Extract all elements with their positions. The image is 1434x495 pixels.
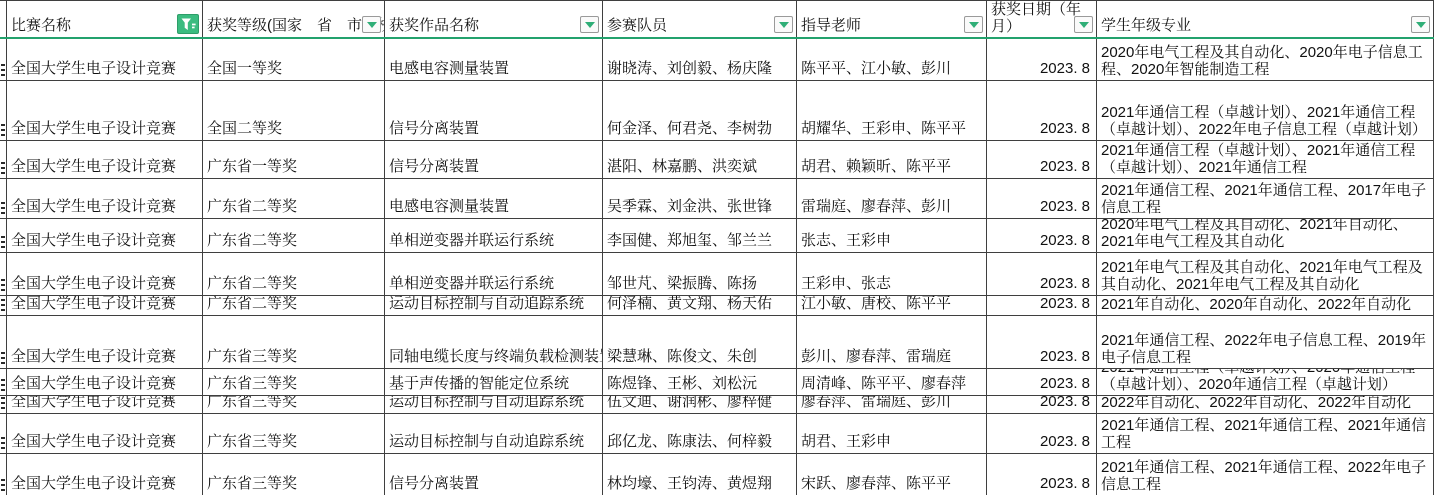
cell-competition[interactable]: 全国大学生电子设计竞赛 [7, 454, 203, 495]
cell-text: 全国二等奖 [207, 119, 282, 138]
cell-date[interactable]: 2023. 8 [987, 316, 1097, 369]
cell-date[interactable]: 2023. 8 [987, 81, 1097, 141]
column-header-majors[interactable]: 学生年级专业 [1097, 1, 1434, 37]
cell-text: 何金泽、何君尧、李树勃 [607, 119, 772, 138]
cell-text: 全国大学生电子设计竞赛 [11, 59, 176, 78]
table-row: 全国大学生电子设计竞赛 广东省二等奖 运动目标控制与自动追踪系统 何泽楠、黄文翔… [0, 296, 1434, 316]
cell-text: 电感电容测量装置 [389, 197, 509, 216]
clipped-cell [0, 316, 7, 369]
cell-advisors[interactable]: 雷瑞庭、廖春萍、彭川 [797, 179, 987, 219]
cell-award-level[interactable]: 广东省三等奖 [203, 454, 385, 495]
clipped-text-fragment [1, 279, 5, 292]
cell-text: 雷瑞庭、廖春萍、彭川 [801, 197, 951, 216]
cell-date[interactable]: 2023. 8 [987, 141, 1097, 179]
cell-text: 全国大学生电子设计竞赛 [11, 197, 176, 216]
cell-text: 2021年通信工程、2021年通信工程、2021年通信工程 [1101, 417, 1430, 451]
column-header-label: 指导老师 [801, 16, 861, 35]
cell-text: 全国大学生电子设计竞赛 [11, 274, 176, 293]
clipped-text-fragment [1, 479, 5, 492]
cell-date[interactable]: 2023. 8 [987, 396, 1097, 414]
cell-members[interactable]: 林均壕、王钧涛、黄煜翔 [603, 454, 797, 495]
cell-award-level[interactable]: 广东省二等奖 [203, 219, 385, 253]
cell-text: 广东省三等奖 [207, 432, 297, 451]
cell-majors[interactable]: 2021年通信工程、2022年电子信息工程、2019年电子信息工程 [1097, 316, 1434, 369]
cell-text: 全国大学生电子设计竞赛 [11, 157, 176, 176]
cell-work[interactable]: 信号分离装置 [385, 454, 603, 495]
cell-text: 2023. 8 [1040, 374, 1090, 393]
cell-text: 陈平平、江小敏、彭川 [801, 59, 951, 78]
cell-award-level[interactable]: 广东省三等奖 [203, 369, 385, 396]
cell-advisors[interactable]: 胡君、赖颖昕、陈平平 [797, 141, 987, 179]
clipped-text-fragment [1, 352, 5, 365]
awards-spreadsheet: 比赛名称 获奖等级(国家 省 市 校 获奖作品名称 参赛队员 [0, 0, 1434, 495]
cell-text: 2021年通信工程（卓越计划）、2020年通信工程（卓越计划）、2020年通信工… [1101, 369, 1430, 393]
cell-text: 王彩申、张志 [801, 274, 891, 293]
table-row: 全国大学生电子设计竞赛 广东省二等奖 电感电容测量装置 吴季霖、刘金洪、张世锋 … [0, 179, 1434, 219]
cell-text: 电感电容测量装置 [389, 59, 509, 78]
cell-award-level[interactable]: 全国二等奖 [203, 81, 385, 141]
clipped-text-fragment [1, 64, 5, 77]
cell-text: 广东省二等奖 [207, 197, 297, 216]
cell-advisors[interactable]: 胡耀华、王彩申、陈平平 [797, 81, 987, 141]
cell-text: 胡君、王彩申 [801, 432, 891, 451]
cell-date[interactable]: 2023. 8 [987, 296, 1097, 316]
clipped-column-header [0, 1, 7, 37]
cell-text: 江小敏、唐校、陈平平 [801, 296, 951, 313]
cell-text: 广东省二等奖 [207, 274, 297, 293]
cell-work[interactable]: 基于声传播的智能定位系统 [385, 369, 603, 396]
column-header-competition[interactable]: 比赛名称 [7, 1, 203, 37]
column-header-advisors[interactable]: 指导老师 [797, 1, 987, 37]
cell-text: 湛阳、林嘉鹏、洪奕斌 [607, 157, 757, 176]
clipped-cell [0, 39, 7, 81]
cell-members[interactable]: 何泽楠、黄文翔、杨天佑 [603, 296, 797, 316]
cell-text: 2023. 8 [1040, 274, 1090, 293]
cell-date[interactable]: 2023. 8 [987, 454, 1097, 495]
cell-text: 梁慧琳、陈俊文、朱创 [607, 347, 757, 366]
cell-competition[interactable]: 全国大学生电子设计竞赛 [7, 219, 203, 253]
cell-competition[interactable]: 全国大学生电子设计竞赛 [7, 253, 203, 296]
cell-text: 全国大学生电子设计竞赛 [11, 119, 176, 138]
cell-text: 运动目标控制与自动追踪系统 [389, 396, 584, 411]
cell-text: 伍文迪、谢润彬、廖梓健 [607, 396, 772, 411]
cell-text: 2020年电气工程及其自动化、2021年自动化、2021年电气工程及其自动化 [1101, 219, 1430, 250]
cell-text: 广东省二等奖 [207, 231, 297, 250]
cell-award-level[interactable]: 广东省三等奖 [203, 396, 385, 414]
clipped-text-fragment [1, 162, 5, 175]
column-header-label: 参赛队员 [607, 16, 667, 35]
cell-text: 单相逆变器并联运行系统 [389, 231, 554, 250]
clipped-cell [0, 414, 7, 454]
cell-text: 全国大学生电子设计竞赛 [11, 432, 176, 451]
cell-text: 谢晓涛、刘创毅、杨庆隆 [607, 59, 772, 78]
cell-text: 2021年通信工程、2022年电子信息工程、2019年电子信息工程 [1101, 332, 1430, 366]
cell-competition[interactable]: 全国大学生电子设计竞赛 [7, 396, 203, 414]
cell-text: 张志、王彩申 [801, 231, 891, 250]
cell-text: 广东省三等奖 [207, 396, 297, 411]
cell-members[interactable]: 邱亿龙、陈康法、何梓毅 [603, 414, 797, 454]
filter-dropdown-button[interactable] [964, 16, 983, 33]
clipped-cell [0, 219, 7, 253]
cell-members[interactable]: 谢晓涛、刘创毅、杨庆隆 [603, 39, 797, 81]
cell-text: 2020年电气工程及其自动化、2020年电子信息工程、2020年智能制造工程 [1101, 44, 1430, 78]
funnel-icon [181, 18, 196, 31]
cell-text: 林均壕、王钧涛、黄煜翔 [607, 474, 772, 493]
column-header-label: 获奖等级(国家 省 市 校 [207, 16, 385, 35]
cell-text: 何泽楠、黄文翔、杨天佑 [607, 296, 772, 313]
cell-text: 信号分离装置 [389, 119, 479, 138]
cell-award-level[interactable]: 广东省三等奖 [203, 414, 385, 454]
clipped-cell [0, 253, 7, 296]
clipped-text-fragment [1, 379, 5, 392]
cell-text: 2023. 8 [1040, 197, 1090, 216]
cell-work[interactable]: 运动目标控制与自动追踪系统 [385, 396, 603, 414]
table-row: 全国大学生电子设计竞赛 广东省三等奖 运动目标控制与自动追踪系统 邱亿龙、陈康法… [0, 414, 1434, 454]
cell-text: 全国一等奖 [207, 59, 282, 78]
cell-date[interactable]: 2023. 8 [987, 179, 1097, 219]
cell-work[interactable]: 运动目标控制与自动追踪系统 [385, 296, 603, 316]
cell-text: 单相逆变器并联运行系统 [389, 274, 554, 293]
clipped-cell [0, 179, 7, 219]
cell-majors[interactable]: 2022年自动化、2022年自动化、2022年自动化 [1097, 396, 1434, 414]
clipped-cell [0, 396, 7, 414]
cell-members[interactable]: 伍文迪、谢润彬、廖梓健 [603, 396, 797, 414]
cell-text: 广东省三等奖 [207, 474, 297, 493]
cell-text: 全国大学生电子设计竞赛 [11, 396, 176, 411]
cell-date[interactable]: 2023. 8 [987, 369, 1097, 396]
cell-date[interactable]: 2023. 8 [987, 414, 1097, 454]
cell-competition[interactable]: 全国大学生电子设计竞赛 [7, 39, 203, 81]
cell-work[interactable]: 单相逆变器并联运行系统 [385, 219, 603, 253]
cell-work[interactable]: 电感电容测量装置 [385, 179, 603, 219]
cell-text: 2023. 8 [1040, 119, 1090, 138]
table-row: 全国大学生电子设计竞赛 广东省三等奖 基于声传播的智能定位系统 陈煜锋、王彬、刘… [0, 369, 1434, 396]
cell-advisors[interactable]: 胡君、王彩申 [797, 414, 987, 454]
cell-text: 彭川、廖春萍、雷瑞庭 [801, 347, 951, 366]
header-row: 比赛名称 获奖等级(国家 省 市 校 获奖作品名称 参赛队员 [0, 1, 1434, 39]
cell-members[interactable]: 陈煜锋、王彬、刘松沅 [603, 369, 797, 396]
cell-text: 2023. 8 [1040, 396, 1090, 411]
cell-majors[interactable]: 2021年通信工程（卓越计划）、2021年通信工程（卓越计划）、2022年电子信… [1097, 81, 1434, 141]
cell-text: 宋跃、廖春萍、陈平平 [801, 474, 951, 493]
cell-members[interactable]: 梁慧琳、陈俊文、朱创 [603, 316, 797, 369]
cell-majors[interactable]: 2021年自动化、2020年自动化、2022年自动化 [1097, 296, 1434, 316]
cell-award-level[interactable]: 广东省二等奖 [203, 179, 385, 219]
cell-competition[interactable]: 全国大学生电子设计竞赛 [7, 316, 203, 369]
cell-text: 广东省三等奖 [207, 347, 297, 366]
cell-text: 全国大学生电子设计竞赛 [11, 347, 176, 366]
cell-majors[interactable]: 2020年电气工程及其自动化、2020年电子信息工程、2020年智能制造工程 [1097, 39, 1434, 81]
chevron-down-icon [585, 22, 595, 28]
filter-dropdown-button[interactable] [774, 16, 793, 33]
cell-text: 广东省一等奖 [207, 157, 297, 176]
cell-text: 2021年通信工程、2021年通信工程、2017年电子信息工程 [1101, 182, 1430, 216]
table-body: 全国大学生电子设计竞赛 全国一等奖 电感电容测量装置 谢晓涛、刘创毅、杨庆隆 陈… [0, 39, 1434, 495]
cell-text: 周清峰、陈平平、廖春萍 [801, 374, 966, 393]
cell-text: 基于声传播的智能定位系统 [389, 374, 569, 393]
cell-majors[interactable]: 2021年通信工程、2021年通信工程、2021年通信工程 [1097, 414, 1434, 454]
table-row: 全国大学生电子设计竞赛 全国二等奖 信号分离装置 何金泽、何君尧、李树勃 胡耀华… [0, 81, 1434, 141]
filter-dropdown-button[interactable] [580, 16, 599, 33]
table-row: 全国大学生电子设计竞赛 广东省一等奖 信号分离装置 湛阳、林嘉鹏、洪奕斌 胡君、… [0, 141, 1434, 179]
cell-text: 广东省二等奖 [207, 296, 297, 313]
cell-text: 吴季霖、刘金洪、张世锋 [607, 197, 772, 216]
chevron-down-icon [367, 22, 377, 28]
clipped-text-fragment [1, 397, 5, 410]
cell-members[interactable]: 吴季霖、刘金洪、张世锋 [603, 179, 797, 219]
cell-majors[interactable]: 2021年通信工程、2021年通信工程、2022年电子信息工程 [1097, 454, 1434, 495]
cell-text: 2021年电气工程及其自动化、2021年电气工程及其自动化、2021年电气工程及… [1101, 259, 1430, 293]
cell-advisors[interactable]: 江小敏、唐校、陈平平 [797, 296, 987, 316]
clipped-text-fragment [1, 202, 5, 215]
cell-work[interactable]: 信号分离装置 [385, 81, 603, 141]
cell-award-level[interactable]: 广东省二等奖 [203, 296, 385, 316]
cell-work[interactable]: 单相逆变器并联运行系统 [385, 253, 603, 296]
cell-text: 2021年自动化、2020年自动化、2022年自动化 [1101, 296, 1411, 313]
cell-text: 胡耀华、王彩申、陈平平 [801, 119, 966, 138]
cell-text: 2023. 8 [1040, 432, 1090, 451]
cell-award-level[interactable]: 广东省二等奖 [203, 253, 385, 296]
column-header-members[interactable]: 参赛队员 [603, 1, 797, 37]
clipped-cell [0, 81, 7, 141]
table-row: 全国大学生电子设计竞赛 广东省三等奖 运动目标控制与自动追踪系统 伍文迪、谢润彬… [0, 396, 1434, 414]
cell-text: 2023. 8 [1040, 157, 1090, 176]
cell-text: 2021年通信工程、2021年通信工程、2022年电子信息工程 [1101, 459, 1430, 493]
table-row: 全国大学生电子设计竞赛 广东省三等奖 信号分离装置 林均壕、王钧涛、黄煜翔 宋跃… [0, 454, 1434, 495]
cell-text: 运动目标控制与自动追踪系统 [389, 432, 584, 451]
cell-award-level[interactable]: 全国一等奖 [203, 39, 385, 81]
table-row: 全国大学生电子设计竞赛 广东省二等奖 单相逆变器并联运行系统 李国健、郑旭玺、邹… [0, 219, 1434, 253]
clipped-text-fragment [1, 299, 5, 312]
clipped-cell [0, 141, 7, 179]
cell-advisors[interactable]: 廖春萍、雷瑞庭、彭川 [797, 396, 987, 414]
cell-text: 邱亿龙、陈康法、何梓毅 [607, 432, 772, 451]
cell-competition[interactable]: 全国大学生电子设计竞赛 [7, 179, 203, 219]
cell-date[interactable]: 2023. 8 [987, 253, 1097, 296]
filter-dropdown-button[interactable] [362, 16, 381, 33]
cell-majors[interactable]: 2020年电气工程及其自动化、2021年自动化、2021年电气工程及其自动化 [1097, 219, 1434, 253]
cell-competition[interactable]: 全国大学生电子设计竞赛 [7, 296, 203, 316]
cell-award-level[interactable]: 广东省三等奖 [203, 316, 385, 369]
cell-members[interactable]: 何金泽、何君尧、李树勃 [603, 81, 797, 141]
table-row: 全国大学生电子设计竞赛 广东省二等奖 单相逆变器并联运行系统 邹世芃、梁振腾、陈… [0, 253, 1434, 296]
table-row: 全国大学生电子设计竞赛 全国一等奖 电感电容测量装置 谢晓涛、刘创毅、杨庆隆 陈… [0, 39, 1434, 81]
cell-text: 全国大学生电子设计竞赛 [11, 296, 176, 313]
cell-text: 邹世芃、梁振腾、陈扬 [607, 274, 757, 293]
filter-dropdown-button[interactable] [1074, 16, 1093, 33]
cell-advisors[interactable]: 周清峰、陈平平、廖春萍 [797, 369, 987, 396]
cell-text: 2022年自动化、2022年自动化、2022年自动化 [1101, 396, 1411, 411]
cell-majors[interactable]: 2021年电气工程及其自动化、2021年电气工程及其自动化、2021年电气工程及… [1097, 253, 1434, 296]
column-header-label: 比赛名称 [11, 16, 71, 35]
cell-work[interactable]: 电感电容测量装置 [385, 39, 603, 81]
cell-competition[interactable]: 全国大学生电子设计竞赛 [7, 81, 203, 141]
column-header-work[interactable]: 获奖作品名称 [385, 1, 603, 37]
cell-text: 2021年通信工程（卓越计划）、2021年通信工程（卓越计划）、2021年通信工… [1101, 142, 1430, 176]
cell-majors[interactable]: 2021年通信工程（卓越计划）、2020年通信工程（卓越计划）、2020年通信工… [1097, 369, 1434, 396]
cell-text: 2021年通信工程（卓越计划）、2021年通信工程（卓越计划）、2022年电子信… [1101, 104, 1430, 138]
cell-text: 全国大学生电子设计竞赛 [11, 231, 176, 250]
clipped-text-fragment [1, 437, 5, 450]
cell-competition[interactable]: 全国大学生电子设计竞赛 [7, 414, 203, 454]
cell-text: 同轴电缆长度与终端负载检测装置 [389, 347, 603, 366]
column-header-award-level[interactable]: 获奖等级(国家 省 市 校 [203, 1, 385, 37]
cell-date[interactable]: 2023. 8 [987, 39, 1097, 81]
cell-competition[interactable]: 全国大学生电子设计竞赛 [7, 369, 203, 396]
cell-text: 全国大学生电子设计竞赛 [11, 474, 176, 493]
cell-members[interactable]: 李国健、郑旭玺、邹兰兰 [603, 219, 797, 253]
cell-work[interactable]: 信号分离装置 [385, 141, 603, 179]
cell-text: 廖春萍、雷瑞庭、彭川 [801, 396, 951, 411]
cell-advisors[interactable]: 彭川、廖春萍、雷瑞庭 [797, 316, 987, 369]
cell-award-level[interactable]: 广东省一等奖 [203, 141, 385, 179]
cell-text: 2023. 8 [1040, 474, 1090, 493]
cell-text: 胡君、赖颖昕、陈平平 [801, 157, 951, 176]
clipped-cell [0, 454, 7, 495]
cell-text: 2023. 8 [1040, 59, 1090, 78]
filter-dropdown-button[interactable] [1411, 16, 1430, 33]
column-header-label: 获奖作品名称 [389, 16, 479, 35]
cell-text: 运动目标控制与自动追踪系统 [389, 296, 584, 313]
chevron-down-icon [1079, 22, 1089, 28]
table-row: 全国大学生电子设计竞赛 广东省三等奖 同轴电缆长度与终端负载检测装置 梁慧琳、陈… [0, 316, 1434, 369]
cell-competition[interactable]: 全国大学生电子设计竞赛 [7, 141, 203, 179]
cell-text: 广东省三等奖 [207, 374, 297, 393]
cell-text: 陈煜锋、王彬、刘松沅 [607, 374, 757, 393]
cell-advisors[interactable]: 张志、王彩申 [797, 219, 987, 253]
cell-work[interactable]: 同轴电缆长度与终端负载检测装置 [385, 316, 603, 369]
cell-text: 全国大学生电子设计竞赛 [11, 374, 176, 393]
cell-text: 信号分离装置 [389, 157, 479, 176]
cell-text: 李国健、郑旭玺、邹兰兰 [607, 231, 772, 250]
column-header-date[interactable]: 获奖日期（年月） [987, 1, 1097, 37]
cell-text: 2023. 8 [1040, 347, 1090, 366]
cell-advisors[interactable]: 王彩申、张志 [797, 253, 987, 296]
chevron-down-icon [969, 22, 979, 28]
cell-work[interactable]: 运动目标控制与自动追踪系统 [385, 414, 603, 454]
cell-text: 2023. 8 [1040, 231, 1090, 250]
cell-members[interactable]: 邹世芃、梁振腾、陈扬 [603, 253, 797, 296]
chevron-down-icon [1416, 22, 1426, 28]
clipped-cell [0, 296, 7, 316]
cell-majors[interactable]: 2021年通信工程（卓越计划）、2021年通信工程（卓越计划）、2021年通信工… [1097, 141, 1434, 179]
clipped-text-fragment [1, 124, 5, 137]
cell-text: 信号分离装置 [389, 474, 479, 493]
cell-advisors[interactable]: 宋跃、廖春萍、陈平平 [797, 454, 987, 495]
cell-majors[interactable]: 2021年通信工程、2021年通信工程、2017年电子信息工程 [1097, 179, 1434, 219]
filter-active-button[interactable] [177, 14, 199, 34]
column-header-label: 学生年级专业 [1101, 16, 1191, 35]
cell-text: 2023. 8 [1040, 296, 1090, 313]
cell-members[interactable]: 湛阳、林嘉鹏、洪奕斌 [603, 141, 797, 179]
cell-advisors[interactable]: 陈平平、江小敏、彭川 [797, 39, 987, 81]
clipped-cell [0, 369, 7, 396]
clipped-text-fragment [1, 236, 5, 249]
chevron-down-icon [779, 22, 789, 28]
cell-date[interactable]: 2023. 8 [987, 219, 1097, 253]
